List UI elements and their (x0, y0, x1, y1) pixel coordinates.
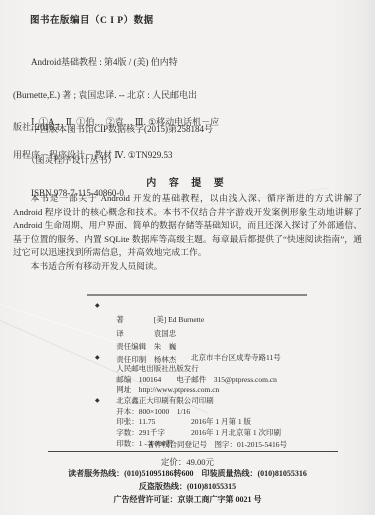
footer-divider (48, 451, 338, 452)
colophon-row-website: 网址 http://www.ptpress.com.cn (105, 375, 327, 386)
colophon-row-sheets: 印张：11.75 (105, 407, 327, 418)
price-line: 定价：49.00元 (0, 456, 375, 468)
ad-license-line: 广告经营许可证：京崇工商广字第 0021 号 (0, 494, 375, 505)
cip-heading: 图书在版编目（C I P）数据 (30, 12, 154, 26)
colophon-row-wordcount-edition: 字数：291千字2016年 1 月第 1 版 (105, 417, 327, 428)
colophon-row-printrun-impression: 印数：1 - 4 000册2016年 1 月北京第 1 次印刷 (105, 428, 327, 439)
service-hotline-line: 读者服务热线：(010)51095186转600 印装质量热线：(010)810… (0, 468, 375, 479)
copyright-registration-number: 著作权合同登记号 图字：01-2015-5416号 (147, 440, 327, 451)
colophon-text: 2016年 1 月第 1 版 (191, 417, 251, 428)
abstract-paragraph: 本书是一部关于 Android 开发的基础教程，以由浅入深、循序渐进的方式讲解了… (13, 192, 362, 260)
colophon-row-postcode-email: 邮编 100164 电子邮件 315@ptpress.com.cn (105, 364, 327, 375)
colophon-row-publisher: ◆人民邮电出版社出版发行北京市丰台区成寿寺路11号 (105, 353, 327, 364)
diamond-icon: ◆ (95, 353, 100, 364)
colophon-block: ◆著 [美] Ed Burnette 译 袁国忠 责任编辑 朱 巍 责任印制 杨… (105, 300, 327, 450)
diamond-icon: ◆ (95, 300, 100, 313)
cip-classification-block: Ⅰ. ①A… Ⅱ. ①伯… ②袁… Ⅲ. ①移动电话机－应 用程序－程序设计－教… (13, 95, 361, 182)
colophon-text: 2016年 1 月北京第 1 次印刷 (191, 428, 281, 439)
abstract-block: 本书是一部关于 Android 开发的基础教程，以由浅入深、循序渐进的方式讲解了… (13, 192, 362, 274)
colophon-text: 印数：1 - 4 000册 (116, 439, 173, 448)
cip-classification-line: 用程序－程序设计－教材 Ⅳ. ①TN929.53 (13, 150, 361, 161)
colophon-text: 北京市丰台区成寿寺路11号 (191, 353, 281, 364)
colophon-row-print-supervisor: 责任印制 杨林杰 (105, 340, 327, 353)
antipiracy-hotline-line: 反盗版热线：(010)81055315 (0, 481, 375, 492)
colophon-row-author: ◆著 [美] Ed Burnette (105, 300, 327, 313)
book-copyright-page: 图书在版编目（C I P）数据 Android基础教程 : 第4版 / (美) … (0, 0, 375, 515)
colophon-row-translator: 译 袁国忠 (105, 313, 327, 326)
colophon-row-editor: 责任编辑 朱 巍 (105, 327, 327, 340)
cip-line: Android基础教程 : 第4版 / (美) 伯内特 (13, 57, 361, 68)
colophon-row-printer: 北京鑫正大印刷有限公司印刷 (105, 385, 327, 396)
colophon-divider (87, 294, 307, 296)
diamond-icon: ◆ (95, 396, 100, 407)
cip-record-number: 中国版本图书馆CIP数据核字(2015)第258184号 (13, 122, 361, 135)
abstract-heading: 内 容 提 要 (0, 174, 375, 189)
abstract-paragraph: 本书适合所有移动开发人员阅读。 (13, 260, 362, 274)
colophon-row-format: ◆开本：800×1000 1/16 (105, 396, 327, 407)
